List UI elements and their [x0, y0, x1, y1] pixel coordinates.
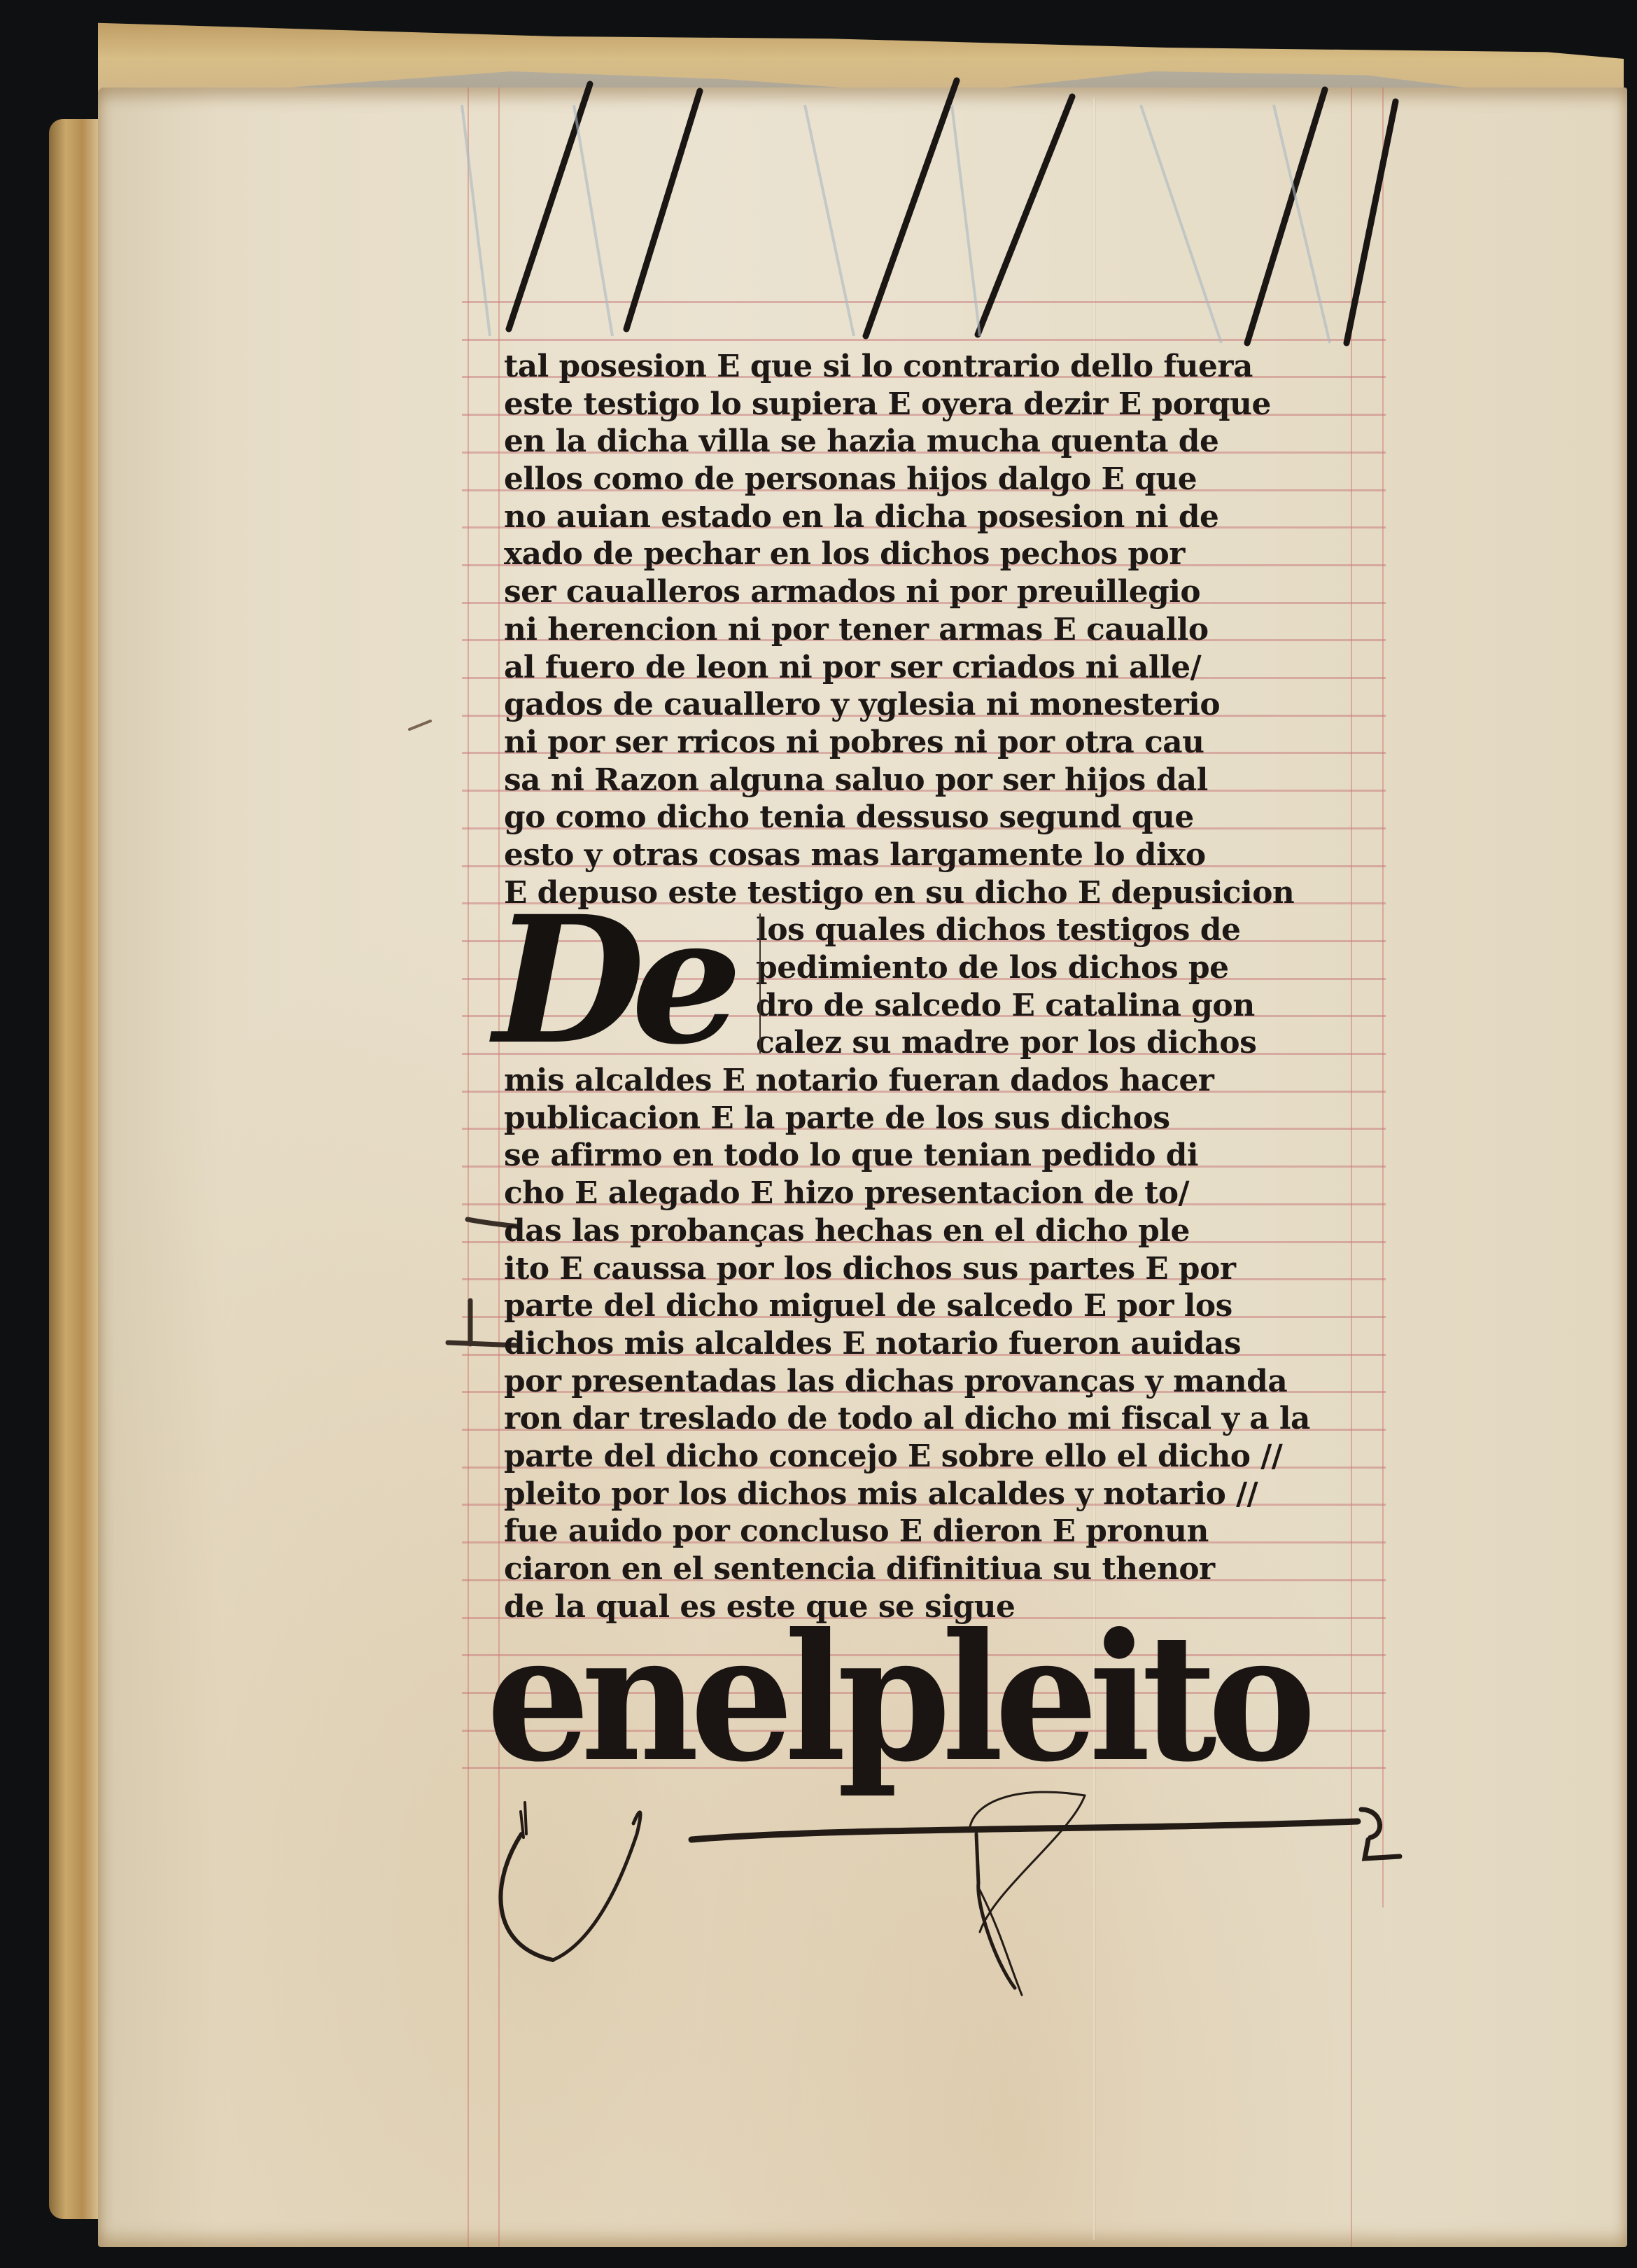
manuscript-line: ni herencion ni por tener armas E cauall… — [504, 611, 1386, 649]
manuscript-line: calez su madre por los dichos — [756, 1024, 1389, 1062]
manuscript-line: tal posesion E que si lo contrario dello… — [504, 348, 1386, 386]
manuscript-line: dichos mis alcaldes E notario fueron aui… — [504, 1325, 1386, 1363]
manuscript-line: xado de pechar en los dichos pechos por — [504, 535, 1386, 573]
manuscript-line: fue auido por concluso E dieron E pronun — [504, 1513, 1386, 1550]
manuscript-line: das las probanças hechas en el dicho ple — [504, 1212, 1386, 1250]
manuscript-line: no auian estado en la dicha posesion ni … — [504, 498, 1386, 536]
manuscript-line: publicacion E la parte de los sus dichos — [504, 1100, 1386, 1137]
signature-flourish-icons — [500, 1792, 1400, 1995]
manuscript-line: parte del dicho miguel de salcedo E por … — [504, 1287, 1386, 1325]
header-stroke-icons — [509, 80, 1396, 343]
initial-separator — [759, 913, 761, 1053]
decorated-initial: De — [493, 903, 752, 1078]
manuscript-line: este testigo lo supiera E oyera dezir E … — [504, 386, 1386, 423]
manuscript-line: se afirmo en todo lo que tenian pedido d… — [504, 1137, 1386, 1175]
manuscript-line: ciaron en el sentencia difinitiua su the… — [504, 1550, 1386, 1588]
manuscript-line: parte del dicho concejo E sobre ello el … — [504, 1438, 1386, 1476]
body-lines: tal posesion E que si lo contrario dello… — [504, 348, 1389, 911]
manuscript-line: los quales dichos testigos de — [756, 911, 1389, 949]
manuscript-line: ni por ser rricos ni pobres ni por otra … — [504, 724, 1386, 762]
manuscript-line: al fuero de leon ni por ser criados ni a… — [504, 649, 1386, 687]
display-heading: enelpleito — [486, 1613, 1333, 1802]
manuscript-line: sa ni Razon alguna saluo por ser hijos d… — [504, 762, 1386, 799]
manuscript-line: ellos como de personas hijos dalgo E que — [504, 461, 1386, 498]
after-lines: mis alcaldes E notario fueran dados hace… — [504, 1062, 1389, 1625]
manuscript-line: en la dicha villa se hazia mucha quenta … — [504, 423, 1386, 461]
manuscript-line: pedimiento de los dichos pe — [756, 949, 1389, 987]
manuscript-line: cho E alegado E hizo presentacion de to/ — [504, 1175, 1386, 1212]
manuscript-line: por presentadas las dichas provanças y m… — [504, 1363, 1386, 1401]
manuscript-line: go como dicho tenia dessuso segund que — [504, 799, 1386, 836]
manuscript-line: dro de salcedo E catalina gon — [756, 987, 1389, 1025]
manuscript-line: ron dar treslado de todo al dicho mi fis… — [504, 1400, 1386, 1438]
manuscript-line: gados de cauallero y yglesia ni monester… — [504, 686, 1386, 724]
manuscript-line: esto y otras cosas mas largamente lo dix… — [504, 836, 1386, 874]
manuscript-line: ser caualleros armados ni por preuillegi… — [504, 573, 1386, 611]
manuscript-line: pleito por los dichos mis alcaldes y not… — [504, 1476, 1386, 1513]
manuscript-line: ito E caussa por los dichos sus partes E… — [504, 1250, 1386, 1288]
